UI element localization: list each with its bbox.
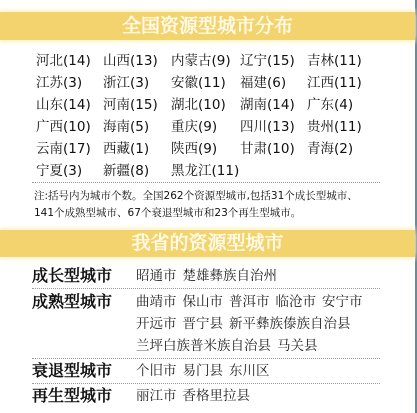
- province-count: 吉林(11): [307, 50, 377, 72]
- city-name: 临沧市: [276, 294, 317, 310]
- divider: [32, 383, 380, 384]
- province-count: 海南(5): [103, 116, 171, 138]
- category-label: 衰退型城市: [32, 360, 112, 382]
- city-name: 楚雄彝族自治州: [183, 268, 278, 284]
- city-name: 香格里拉县: [183, 388, 251, 404]
- city-name: 曲靖市: [136, 294, 177, 310]
- city-name: 兰坪白族普米族自治县: [136, 338, 271, 354]
- city-line: 丽江市香格里拉县: [136, 385, 256, 407]
- province-count: [240, 160, 307, 182]
- grid-row: 宁夏(3) 新疆(8) 黑龙江(11): [36, 160, 396, 182]
- category-cities: 丽江市香格里拉县: [136, 385, 256, 407]
- divider: [32, 182, 380, 183]
- province-count: 安徽(11): [171, 72, 240, 94]
- province-count: 山西(13): [103, 50, 171, 72]
- city-name: 开远市: [136, 316, 177, 332]
- city-line: 昭通市楚雄彝族自治州: [136, 265, 283, 287]
- city-line: 个旧市易门县东川区: [136, 360, 276, 382]
- city-name: 保山市: [183, 294, 224, 310]
- grid-row: 江苏(3) 浙江(3) 安徽(11) 福建(6) 江西(11): [36, 72, 396, 94]
- province-count: 浙江(3): [103, 72, 171, 94]
- divider: [32, 358, 380, 359]
- province-count: 江苏(3): [36, 72, 103, 94]
- city-line: 兰坪白族普米族自治县马关县: [136, 335, 369, 357]
- province-count: 湖南(14): [240, 94, 307, 116]
- footnote-line: 141个成熟型城市、67个衰退型城市和23个再生型城市。: [34, 205, 384, 222]
- divider: [32, 288, 380, 289]
- province-count: [307, 160, 377, 182]
- province-count: 福建(6): [240, 72, 307, 94]
- city-line: 开远市晋宁县新平彝族傣族自治县: [136, 313, 369, 335]
- city-name: 普洱市: [229, 294, 270, 310]
- category-label: 成长型城市: [32, 265, 112, 287]
- city-name: 晋宁县: [183, 316, 224, 332]
- city-name: 东川区: [229, 363, 270, 379]
- city-name: 新平彝族傣族自治县: [229, 316, 351, 332]
- province-count: 陕西(9): [171, 138, 240, 160]
- grid-row: 河北(14) 山西(13) 内蒙古(9) 辽宁(15) 吉林(11): [36, 50, 396, 72]
- grid-row: 山东(14) 河南(15) 湖北(10) 湖南(14) 广东(4): [36, 94, 396, 116]
- city-name: 昭通市: [136, 268, 177, 284]
- city-name: 马关县: [277, 338, 318, 354]
- footnote-line: 注:括号内为城市个数。全国262个资源型城市,包括31个成长型城市、: [34, 188, 384, 205]
- grid-row: 云南(17) 西藏(1) 陕西(9) 甘肃(10) 青海(2): [36, 138, 396, 160]
- city-name: 个旧市: [136, 363, 177, 379]
- province-section-title: 我省的资源型城市: [0, 230, 415, 257]
- province-count: 西藏(1): [103, 138, 171, 160]
- province-count: 辽宁(15): [240, 50, 307, 72]
- province-count: 贵州(11): [307, 116, 377, 138]
- province-count: 甘肃(10): [240, 138, 307, 160]
- category-label: 成熟型城市: [32, 291, 112, 313]
- province-count: 四川(13): [240, 116, 307, 138]
- province-count: 黑龙江(11): [171, 160, 240, 182]
- province-count: 广东(4): [307, 94, 377, 116]
- province-count: 宁夏(3): [36, 160, 103, 182]
- national-section-title: 全国资源型城市分布: [0, 12, 415, 40]
- province-count: 新疆(8): [103, 160, 171, 182]
- category-cities: 个旧市易门县东川区: [136, 360, 276, 382]
- city-line: 曲靖市保山市普洱市临沧市安宁市: [136, 291, 369, 313]
- grid-row: 广西(10) 海南(5) 重庆(9) 四川(13) 贵州(11): [36, 116, 396, 138]
- province-count: 云南(17): [36, 138, 103, 160]
- province-count: 内蒙古(9): [171, 50, 240, 72]
- city-name: 丽江市: [136, 388, 177, 404]
- province-count: 青海(2): [307, 138, 377, 160]
- province-count: 山东(14): [36, 94, 103, 116]
- city-name: 安宁市: [322, 294, 363, 310]
- province-count: 重庆(9): [171, 116, 240, 138]
- province-count-grid: 河北(14) 山西(13) 内蒙古(9) 辽宁(15) 吉林(11) 江苏(3)…: [36, 50, 396, 182]
- province-count: 河北(14): [36, 50, 103, 72]
- city-name: 易门县: [183, 363, 224, 379]
- footnote: 注:括号内为城市个数。全国262个资源型城市,包括31个成长型城市、 141个成…: [34, 188, 384, 222]
- province-count: 湖北(10): [171, 94, 240, 116]
- province-count: 广西(10): [36, 116, 103, 138]
- category-cities: 昭通市楚雄彝族自治州: [136, 265, 283, 287]
- category-label: 再生型城市: [32, 385, 112, 407]
- category-cities: 曲靖市保山市普洱市临沧市安宁市 开远市晋宁县新平彝族傣族自治县 兰坪白族普米族自…: [136, 291, 369, 357]
- province-count: 江西(11): [307, 72, 377, 94]
- province-count: 河南(15): [103, 94, 171, 116]
